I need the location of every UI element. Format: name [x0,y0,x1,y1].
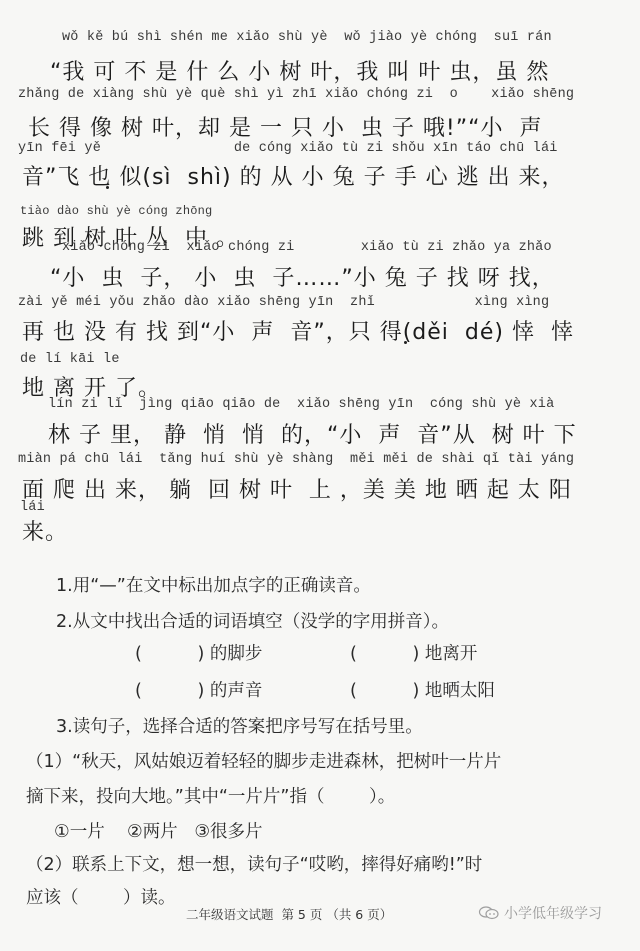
blank-sunbathe[interactable]: ( ) 地晒太阳 [350,677,495,702]
wechat-icon [478,905,500,921]
pinyin-line-1: wǒ kě bú shì shén me xiǎo shù yè wǒ jiào… [62,30,552,45]
question-3-1-options: ①一片 ②两片 ③很多片 [54,818,263,843]
pinyin-line-2: zhǎng de xiàng shù yè què shì yì zhī xiǎ… [18,87,574,102]
watermark-text: 小学低年级学习 [504,903,602,923]
hanzi-line-10: 来。 [22,515,68,546]
hanzi-line-3: 音”飞 也 似(sì shì) 的 从 小 兔 子 手 心 逃 出 来， [22,160,565,191]
hanzi-line-9: 面 爬 出 来， 躺 回 树 叶 上 ，美 美 地 晒 起 太 阳 [22,473,572,504]
question-3: 3.读句子，选择合适的答案把序号写在括号里。 [56,713,423,738]
pinyin-line-8: lín zi lǐ jìng qiāo qiāo de xiǎo shēng y… [48,397,554,412]
pinyin-line-10: lái [20,500,45,515]
pinyin-line-9: miàn pá chū lái tǎng huí shù yè shàng mě… [18,452,574,467]
blank-voice[interactable]: ( ) 的声音 [135,677,262,702]
pinyin-line-6: zài yě méi yǒu zhǎo dào xiǎo shēng yīn z… [18,295,549,310]
question-3-2-line-a: （2）联系上下文，想一想，读句子“哎哟，摔得好痛哟!”时 [26,851,482,876]
hanzi-line-5: “小 虫 子， 小 虫 子……”小 兔 子 找 呀 找， [50,261,555,292]
hanzi-line-8: 林 子 里， 静 悄 悄 的，“小 声 音”从 树 叶 下 [48,418,577,449]
hanzi-line-6: 再 也 没 有 找 到“小 声 音”，只 得(děi dé) 悻 悻 [22,315,574,346]
question-2: 2.从文中找出合适的词语填空（没学的字用拼音）。 [56,608,449,633]
page-number-footer: 二年级语文试题 第 5 页 （共 6 页） [186,905,392,923]
blank-footsteps[interactable]: ( ) 的脚步 [135,640,262,665]
pinyin-line-3: yīn fēi yě de cóng xiǎo tù zi shǒu xīn t… [18,141,558,156]
question-3-1-line-a: （1）“秋天，风姑娘迈着轻轻的脚步走进森林，把树叶一片片 [26,748,501,773]
hanzi-line-2: 长 得 像 树 叶，却 是 一 只 小 虫 子 哦!”“小 声 [28,111,543,142]
pinyin-line-5: xiǎo chóng zi xiǎo chóng zi xiǎo tù zi z… [62,240,552,255]
hanzi-line-1: “我 可 不 是 什 么 小 树 叶，我 叫 叶 虫，虽 然 [50,55,549,86]
emphasis-dot-si [106,186,109,189]
watermark: 小学低年级学习 [478,903,602,923]
question-3-2-line-b[interactable]: 应该（ ）读。 [26,884,176,909]
pinyin-line-7: de lí kāi le [20,352,120,367]
blank-leave[interactable]: ( ) 地离开 [350,640,477,665]
question-3-1-line-b[interactable]: 摘下来，投向大地。”其中“一片片”指（ ）。 [26,783,395,808]
pinyin-line-4: tiào dào shù yè cóng zhōng [20,204,212,218]
question-1: 1.用“—”在文中标出加点字的正确读音。 [56,572,371,597]
exam-page: wǒ kě bú shì shén me xiǎo shù yè wǒ jiào… [0,0,640,951]
emphasis-dot-dei [404,341,407,344]
